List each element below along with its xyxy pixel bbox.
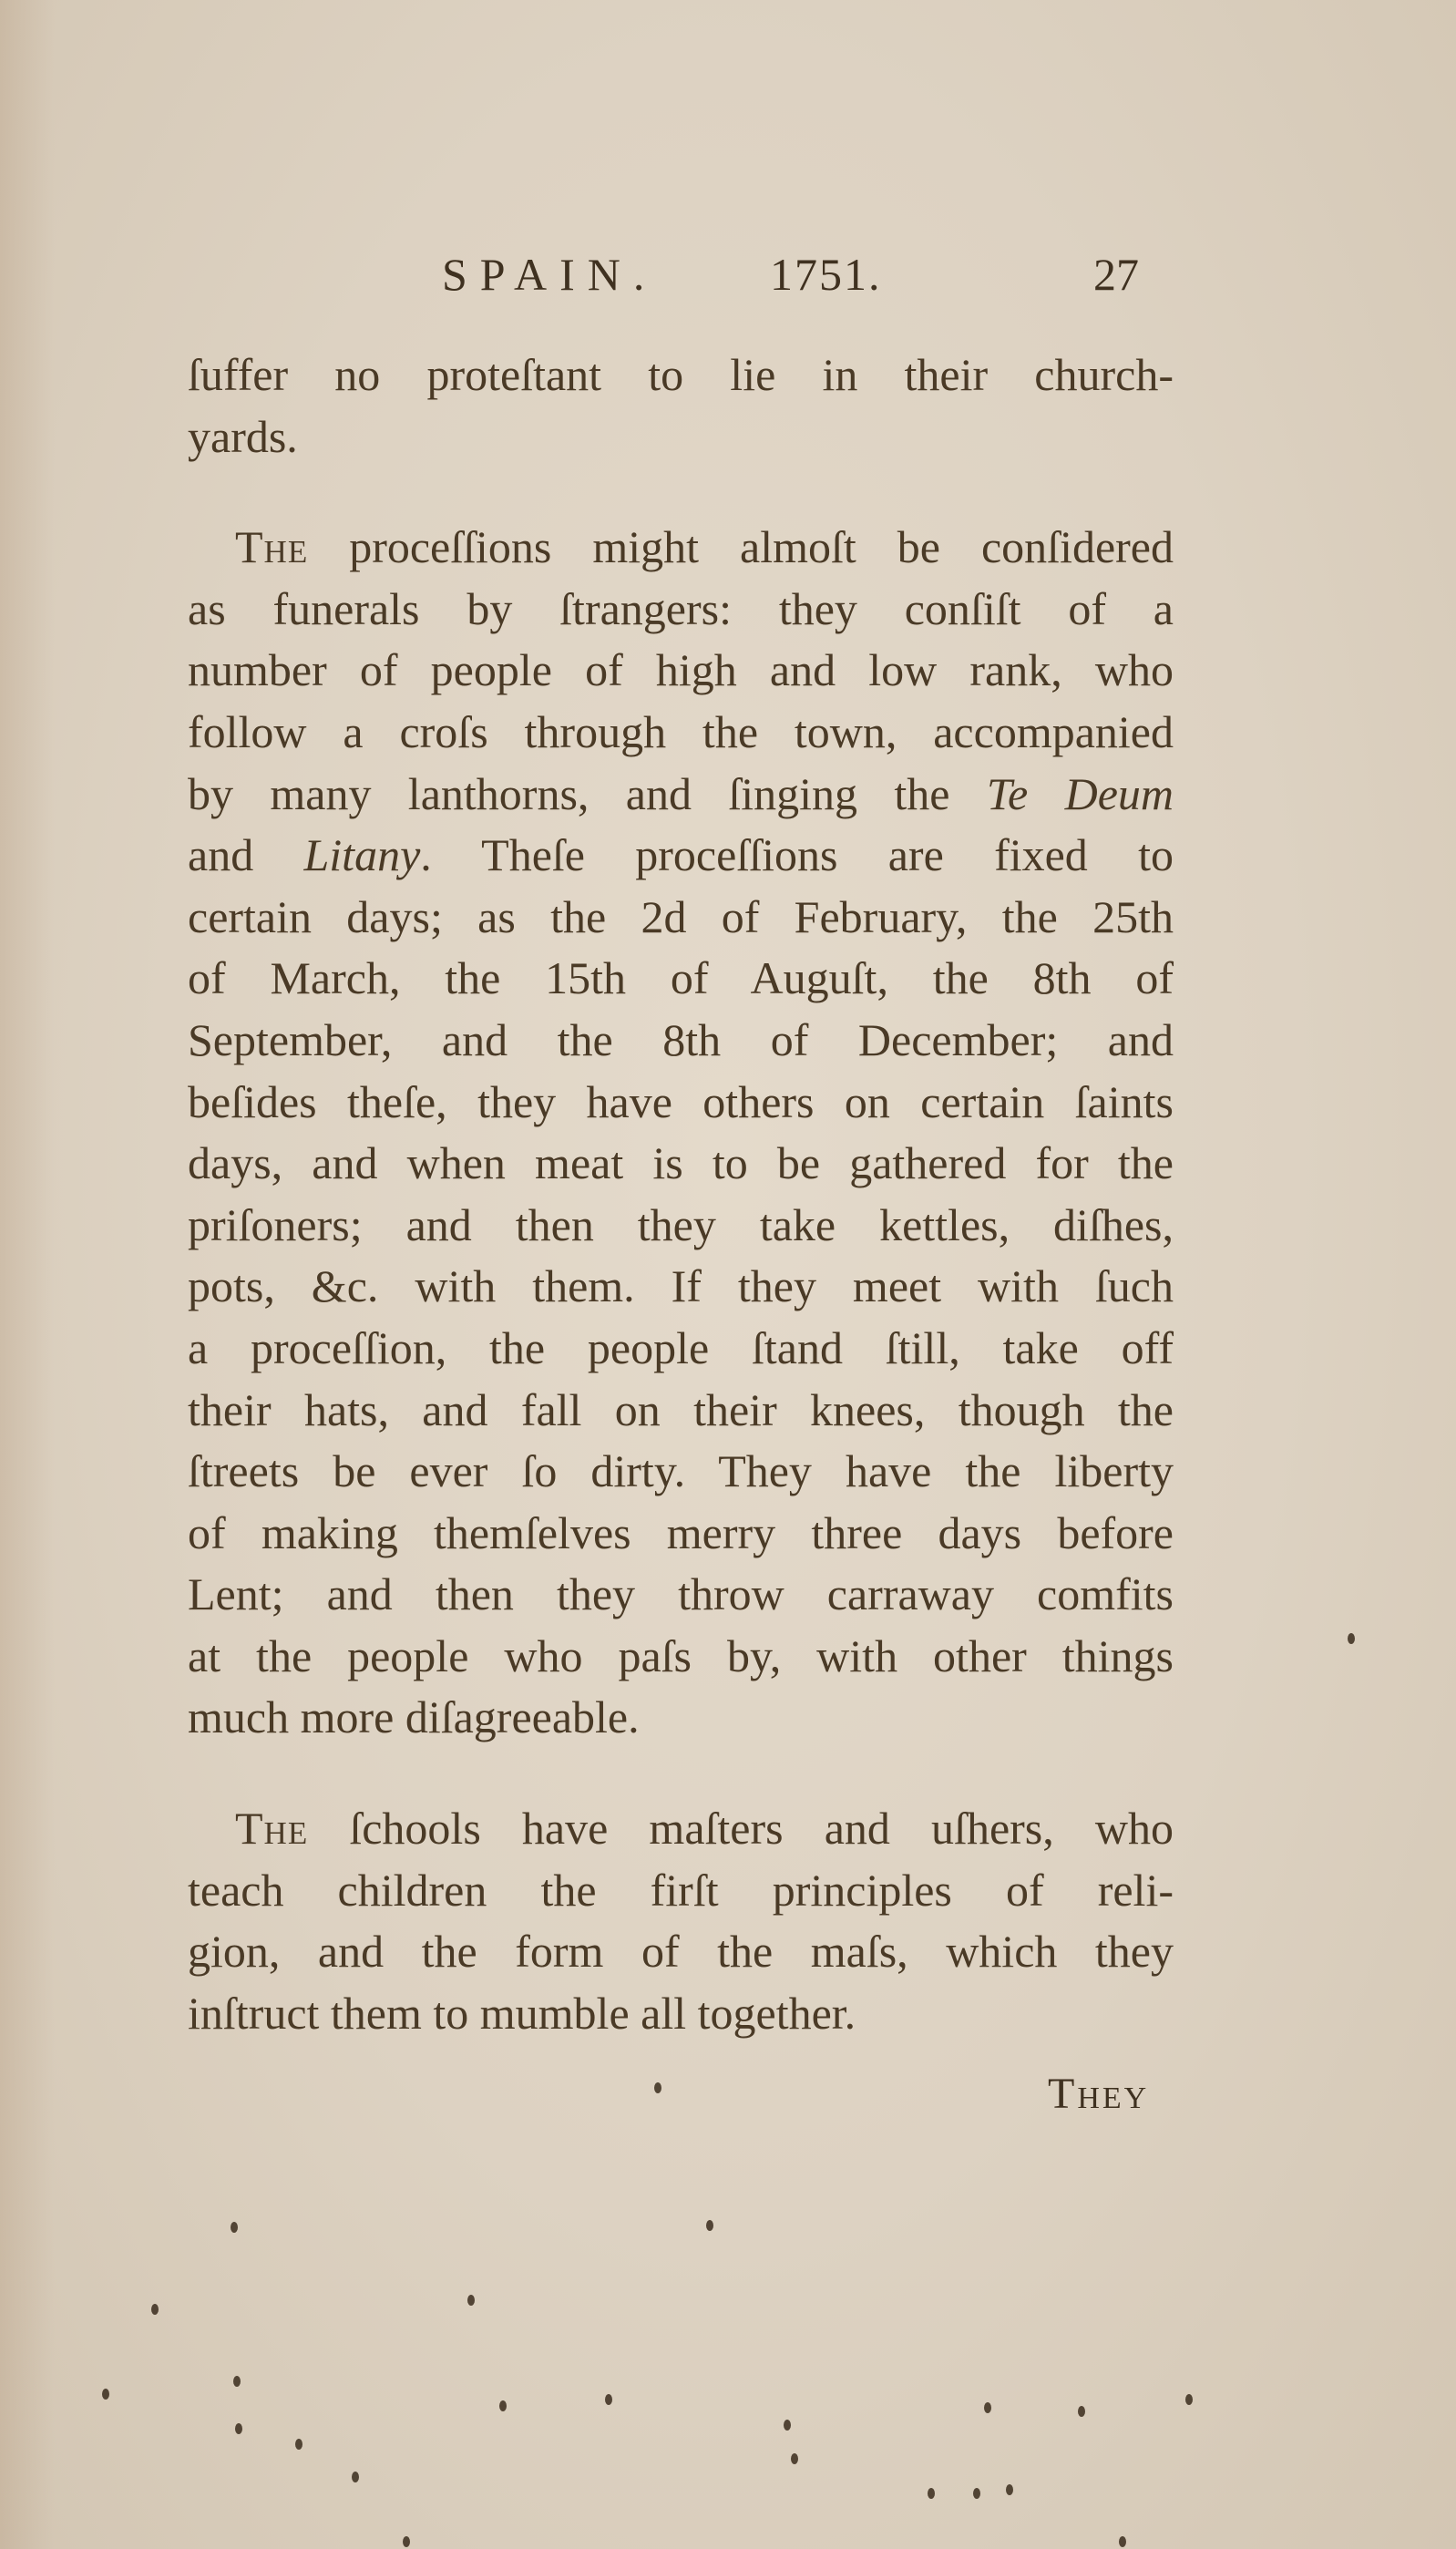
book-page: SPAIN. 1751. 27 ſuffer no proteſtant to …: [0, 0, 1456, 2549]
text-line: The ſchools have maſters and uſhers, who: [188, 1798, 1174, 1860]
paper-speck: [1006, 2484, 1013, 2495]
text-line: inſtruct them to mumble all together.: [188, 1983, 1174, 2045]
text-line: Lent; and then they throw carraway comfi…: [188, 1564, 1174, 1626]
running-head: SPAIN. 1751. 27: [187, 248, 1171, 312]
paper-speck: [233, 2376, 241, 2387]
paper-speck: [102, 2389, 109, 2400]
catchword: They: [1048, 2069, 1149, 2119]
text-line: follow a croſs through the town, accompa…: [188, 702, 1174, 764]
paper-speck: [928, 2488, 935, 2499]
paper-speck: [706, 2220, 713, 2231]
text-line: beſides theſe, they have others on certa…: [188, 1072, 1174, 1134]
text-line: pots, &c. with them. If they meet with ſ…: [188, 1256, 1174, 1318]
paper-speck: [605, 2394, 612, 2405]
text-line: their hats, and fall on their knees, tho…: [188, 1380, 1174, 1442]
paper-speck: [784, 2420, 791, 2431]
small-caps-lead: The: [235, 1803, 308, 1854]
paper-speck: [295, 2439, 302, 2450]
text-line: ſtreets be ever ſo dirty. They have the …: [188, 1441, 1174, 1503]
text-line: certain days; as the 2d of February, the…: [188, 887, 1174, 949]
paragraph-3: The ſchools have maſters and uſhers, who…: [188, 1798, 1174, 2044]
paper-speck: [467, 2295, 475, 2306]
paper-speck: [791, 2453, 798, 2464]
paper-speck: [352, 2472, 359, 2482]
paper-speck: [231, 2222, 238, 2233]
paper-speck: [235, 2423, 242, 2434]
paragraph-2: The proceſſions might almoſt be conſider…: [188, 517, 1174, 1749]
page-number: 27: [1093, 248, 1139, 301]
text-line: ſuffer no proteſtant to lie in their chu…: [188, 344, 1174, 406]
paper-speck: [973, 2488, 980, 2499]
text-line: The proceſſions might almoſt be conſider…: [188, 517, 1174, 579]
body-text: ſuffer no proteſtant to lie in their chu…: [188, 344, 1174, 2044]
paper-speck: [654, 2082, 661, 2093]
text-line: by many lanthorns, and ſinging the Te De…: [188, 764, 1174, 826]
paper-speck: [403, 2536, 410, 2547]
text-line: yards.: [188, 406, 1174, 468]
text-line: as funerals by ſtrangers: they conſiſt o…: [188, 579, 1174, 641]
paper-speck: [1078, 2406, 1085, 2417]
paper-speck: [499, 2400, 507, 2411]
text-line: at the people who paſs by, with other th…: [188, 1626, 1174, 1688]
text-line: days, and when meat is to be gathered fo…: [188, 1133, 1174, 1195]
paper-speck: [1119, 2536, 1126, 2547]
text-line: and Litany. Theſe proceſſions are fixed …: [188, 825, 1174, 887]
italic-litany: Litany: [303, 829, 420, 880]
paper-speck: [1185, 2394, 1193, 2405]
text-line: a proceſſion, the people ſtand ſtill, ta…: [188, 1318, 1174, 1380]
text-line: September, and the 8th of December; and: [188, 1010, 1174, 1072]
text-line: much more diſagreeable.: [188, 1687, 1174, 1749]
text-line: teach children the firſt principles of r…: [188, 1860, 1174, 1922]
text-line: number of people of high and low rank, w…: [188, 640, 1174, 702]
paper-speck: [1348, 1633, 1355, 1644]
italic-te-deum: Te Deum: [987, 768, 1174, 819]
text-line: priſoners; and then they take kettles, d…: [188, 1195, 1174, 1257]
small-caps-lead: The: [235, 521, 308, 572]
text-line: gion, and the form of the maſs, which th…: [188, 1921, 1174, 1983]
paragraph-1: ſuffer no proteſtant to lie in their chu…: [188, 344, 1174, 468]
text-line: of March, the 15th of Auguſt, the 8th of: [188, 948, 1174, 1010]
paper-speck: [151, 2304, 159, 2315]
running-head-title: SPAIN.: [442, 248, 657, 301]
running-head-year: 1751.: [770, 248, 882, 301]
paper-speck: [984, 2402, 991, 2413]
text-line: of making themſelves merry three days be…: [188, 1503, 1174, 1565]
